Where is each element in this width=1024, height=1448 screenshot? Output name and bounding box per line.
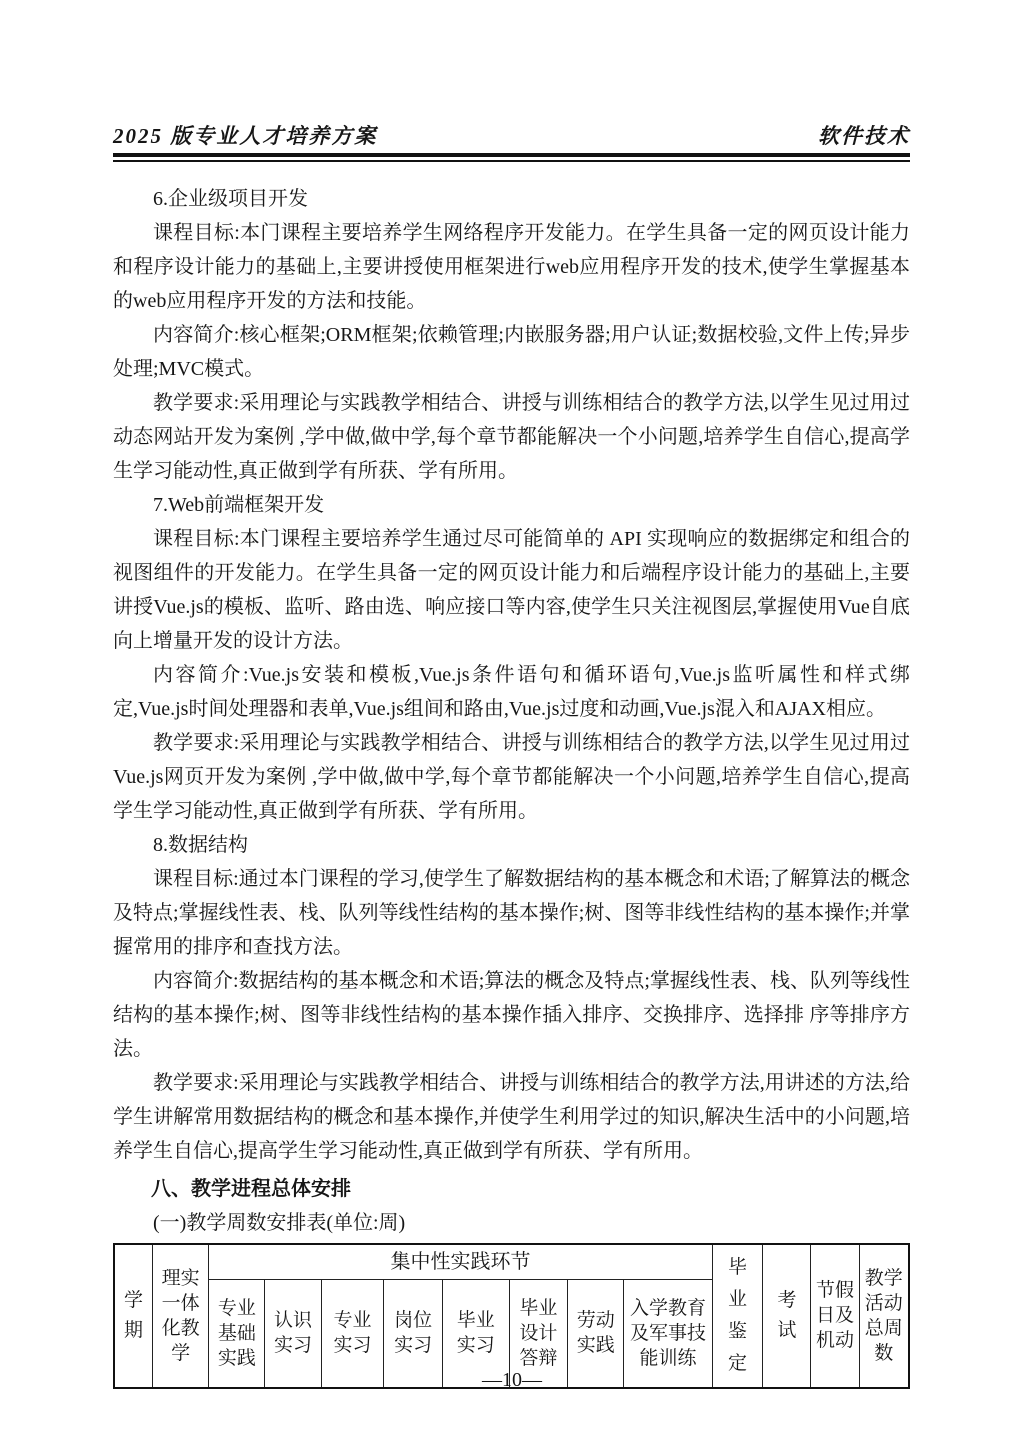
teaching-weeks-table: 学期 理实一体化教学 集中性实践环节 毕业鉴定 考试: [113, 1243, 910, 1389]
course-7-title: 7.Web前端框架开发: [113, 488, 910, 522]
header-document-title: 2025 版专业人才培养方案: [113, 124, 377, 148]
course-7-requirements: 教学要求:采用理论与实践教学相结合、讲授与训练相结合的教学方法,以学生见过用过V…: [113, 726, 910, 828]
document-page: 2025 版专业人才培养方案 软件技术 6.企业级项目开发 课程目标:本门课程主…: [0, 0, 1024, 1448]
page-header: 2025 版专业人才培养方案 软件技术: [113, 0, 910, 162]
course-6-objectives: 课程目标:本门课程主要培养学生网络程序开发能力。在学生具备一定的网页设计能力和程…: [113, 216, 910, 318]
course-6-title: 6.企业级项目开发: [113, 182, 910, 216]
course-8-title: 8.数据结构: [113, 828, 910, 862]
course-8-requirements: 教学要求:采用理论与实践教学相结合、讲授与训练相结合的教学方法,用讲述的方法,给…: [113, 1066, 910, 1168]
document-body: 6.企业级项目开发 课程目标:本门课程主要培养学生网络程序开发能力。在学生具备一…: [113, 182, 910, 1389]
course-6-requirements: 教学要求:采用理论与实践教学相结合、讲授与训练相结合的教学方法,以学生见过用过动…: [113, 386, 910, 488]
col-header-exam: 考试: [763, 1244, 811, 1388]
course-7-objectives: 课程目标:本门课程主要培养学生通过尽可能简单的 API 实现响应的数据绑定和组合…: [113, 522, 910, 658]
page-footer: —10—: [0, 1369, 1024, 1392]
table-caption: (一)教学周数安排表(单位:周): [113, 1206, 910, 1240]
col-group-practice: 集中性实践环节: [209, 1244, 712, 1280]
page-number: —10—: [482, 1369, 542, 1391]
col-header-holidays-flexible: 节假日及机动: [811, 1244, 859, 1388]
chapter-8-heading: 八、教学进程总体安排: [113, 1172, 910, 1206]
course-8-objectives: 课程目标:通过本门课程的学习,使学生了解数据结构的基本概念和术语;了解算法的概念…: [113, 862, 910, 964]
course-8-summary: 内容简介:数据结构的基本概念和术语;算法的概念及特点;掌握线性表、栈、队列等线性…: [113, 964, 910, 1066]
header-double-rule: [113, 153, 910, 162]
header-major-name: 软件技术: [818, 124, 910, 148]
course-6-summary: 内容简介:核心框架;ORM框架;依赖管理;内嵌服务器;用户认证;数据校验,文件上…: [113, 318, 910, 386]
col-header-graduation-appraisal: 毕业鉴定: [712, 1244, 763, 1388]
col-header-semester: 学期: [114, 1244, 153, 1388]
col-header-total-teaching-weeks: 教学活动总周数: [859, 1244, 909, 1388]
course-7-summary: 内容简介:Vue.js安装和模板,Vue.js条件语句和循环语句,Vue.js监…: [113, 658, 910, 726]
col-header-integrated-teaching: 理实一体化教学: [153, 1244, 209, 1388]
